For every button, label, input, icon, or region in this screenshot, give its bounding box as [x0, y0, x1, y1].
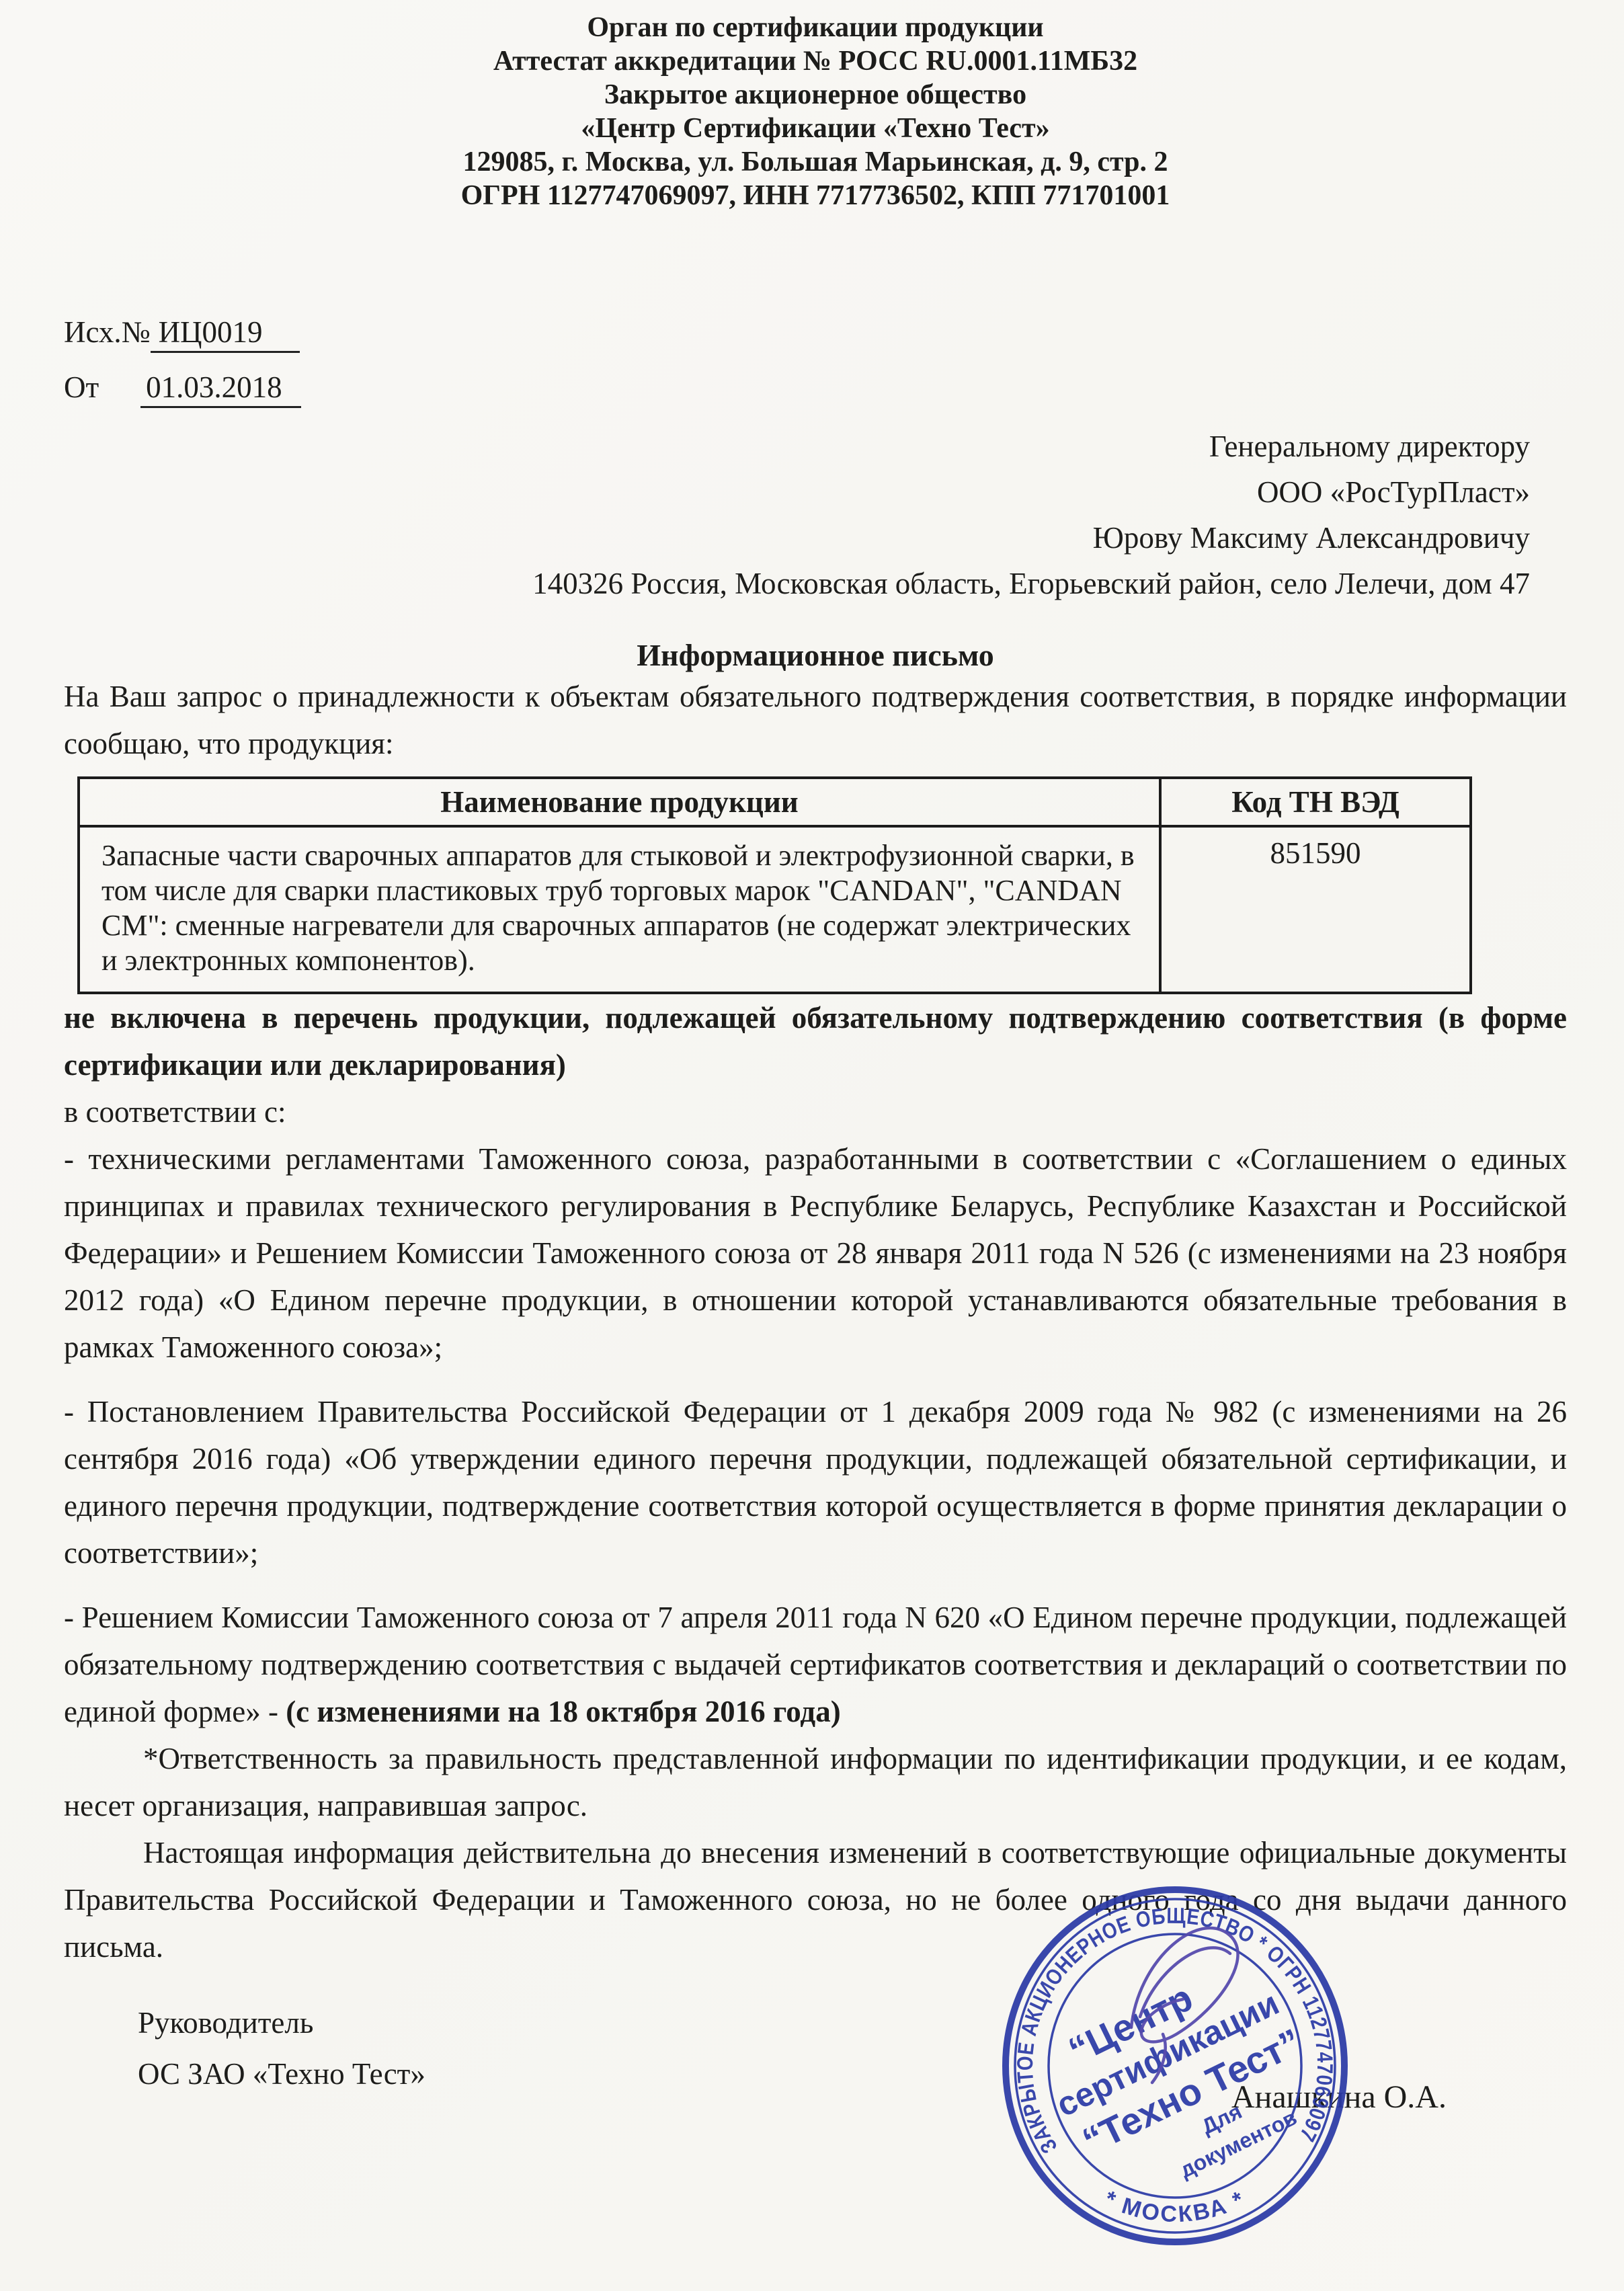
stamp-ring-bottom-text: * МОСКВА *	[1100, 2186, 1250, 2228]
conclusion-bold-paragraph: не включена в перечень продукции, подлеж…	[64, 994, 1567, 1088]
decision-bold-amendment: (с изменениями на 18 октября 2016 года)	[286, 1695, 841, 1728]
legal-paragraph-decree-982: - Постановлением Правительства Российско…	[64, 1388, 1567, 1576]
tnved-code-cell: 851590	[1160, 826, 1471, 993]
outgoing-number-label: Исх.№	[64, 315, 151, 349]
recipient-line: 140326 Россия, Московская область, Егорь…	[64, 561, 1530, 606]
outgoing-number-value: ИЦ0019	[151, 315, 300, 353]
recipient-line: ООО «РосТурПласт»	[64, 469, 1530, 515]
letterhead-line: ОГРН 1127747069097, ИНН 7717736502, КПП …	[64, 179, 1567, 212]
reference-block: Исх.№ИЦ0019 От01.03.2018	[64, 313, 1567, 406]
outgoing-number-line: Исх.№ИЦ0019	[64, 313, 1567, 351]
accordance-label: в соответствии с:	[64, 1088, 1567, 1135]
letterhead: Орган по сертификации продукции Аттестат…	[64, 7, 1567, 212]
intro-paragraph: На Ваш запрос о принадлежности к объекта…	[64, 673, 1567, 767]
round-stamp: ЗАКРЫТОЕ АКЦИОНЕРНОЕ ОБЩЕСТВО * ОГРН 112…	[993, 1874, 1356, 2251]
scanned-letter-page: Орган по сертификации продукции Аттестат…	[0, 0, 1624, 2291]
recipient-line: Генеральному директору	[64, 424, 1530, 469]
letterhead-line: «Центр Сертификации «Техно Тест»	[64, 112, 1567, 145]
product-name-cell: Запасные части сварочных аппаратов для с…	[79, 826, 1160, 993]
letterhead-line: 129085, г. Москва, ул. Большая Марьинска…	[64, 145, 1567, 179]
product-table-header-row: Наименование продукции Код ТН ВЭД	[79, 778, 1471, 826]
letterhead-line: Закрытое акционерное общество	[64, 78, 1567, 112]
letter-content: Орган по сертификации продукции Аттестат…	[0, 0, 1624, 2093]
letterhead-line: Орган по сертификации продукции	[64, 11, 1567, 44]
letterhead-line: Аттестат аккредитации № РОСС RU.0001.11М…	[64, 44, 1567, 78]
letter-date-label: От	[64, 370, 99, 404]
table-row: Запасные части сварочных аппаратов для с…	[79, 826, 1471, 993]
legal-paragraph-decision-620: - Решением Комиссии Таможенного союза от…	[64, 1594, 1567, 1735]
legal-paragraph-tech-regulations: - техническими регламентами Таможенного …	[64, 1135, 1567, 1371]
tnved-code-column-header: Код ТН ВЭД	[1160, 778, 1471, 826]
responsibility-note-paragraph: *Ответственность за правильность предста…	[64, 1735, 1567, 1829]
product-table: Наименование продукции Код ТН ВЭД Запасн…	[77, 776, 1472, 994]
document-title: Информационное письмо	[64, 637, 1567, 673]
product-name-column-header: Наименование продукции	[79, 778, 1160, 826]
recipient-line: Юрову Максиму Александровичу	[64, 515, 1530, 561]
letter-date-value: 01.03.2018	[140, 370, 301, 408]
letter-date-line: От01.03.2018	[64, 368, 1567, 406]
recipient-block: Генеральному директору ООО «РосТурПласт»…	[64, 424, 1530, 606]
